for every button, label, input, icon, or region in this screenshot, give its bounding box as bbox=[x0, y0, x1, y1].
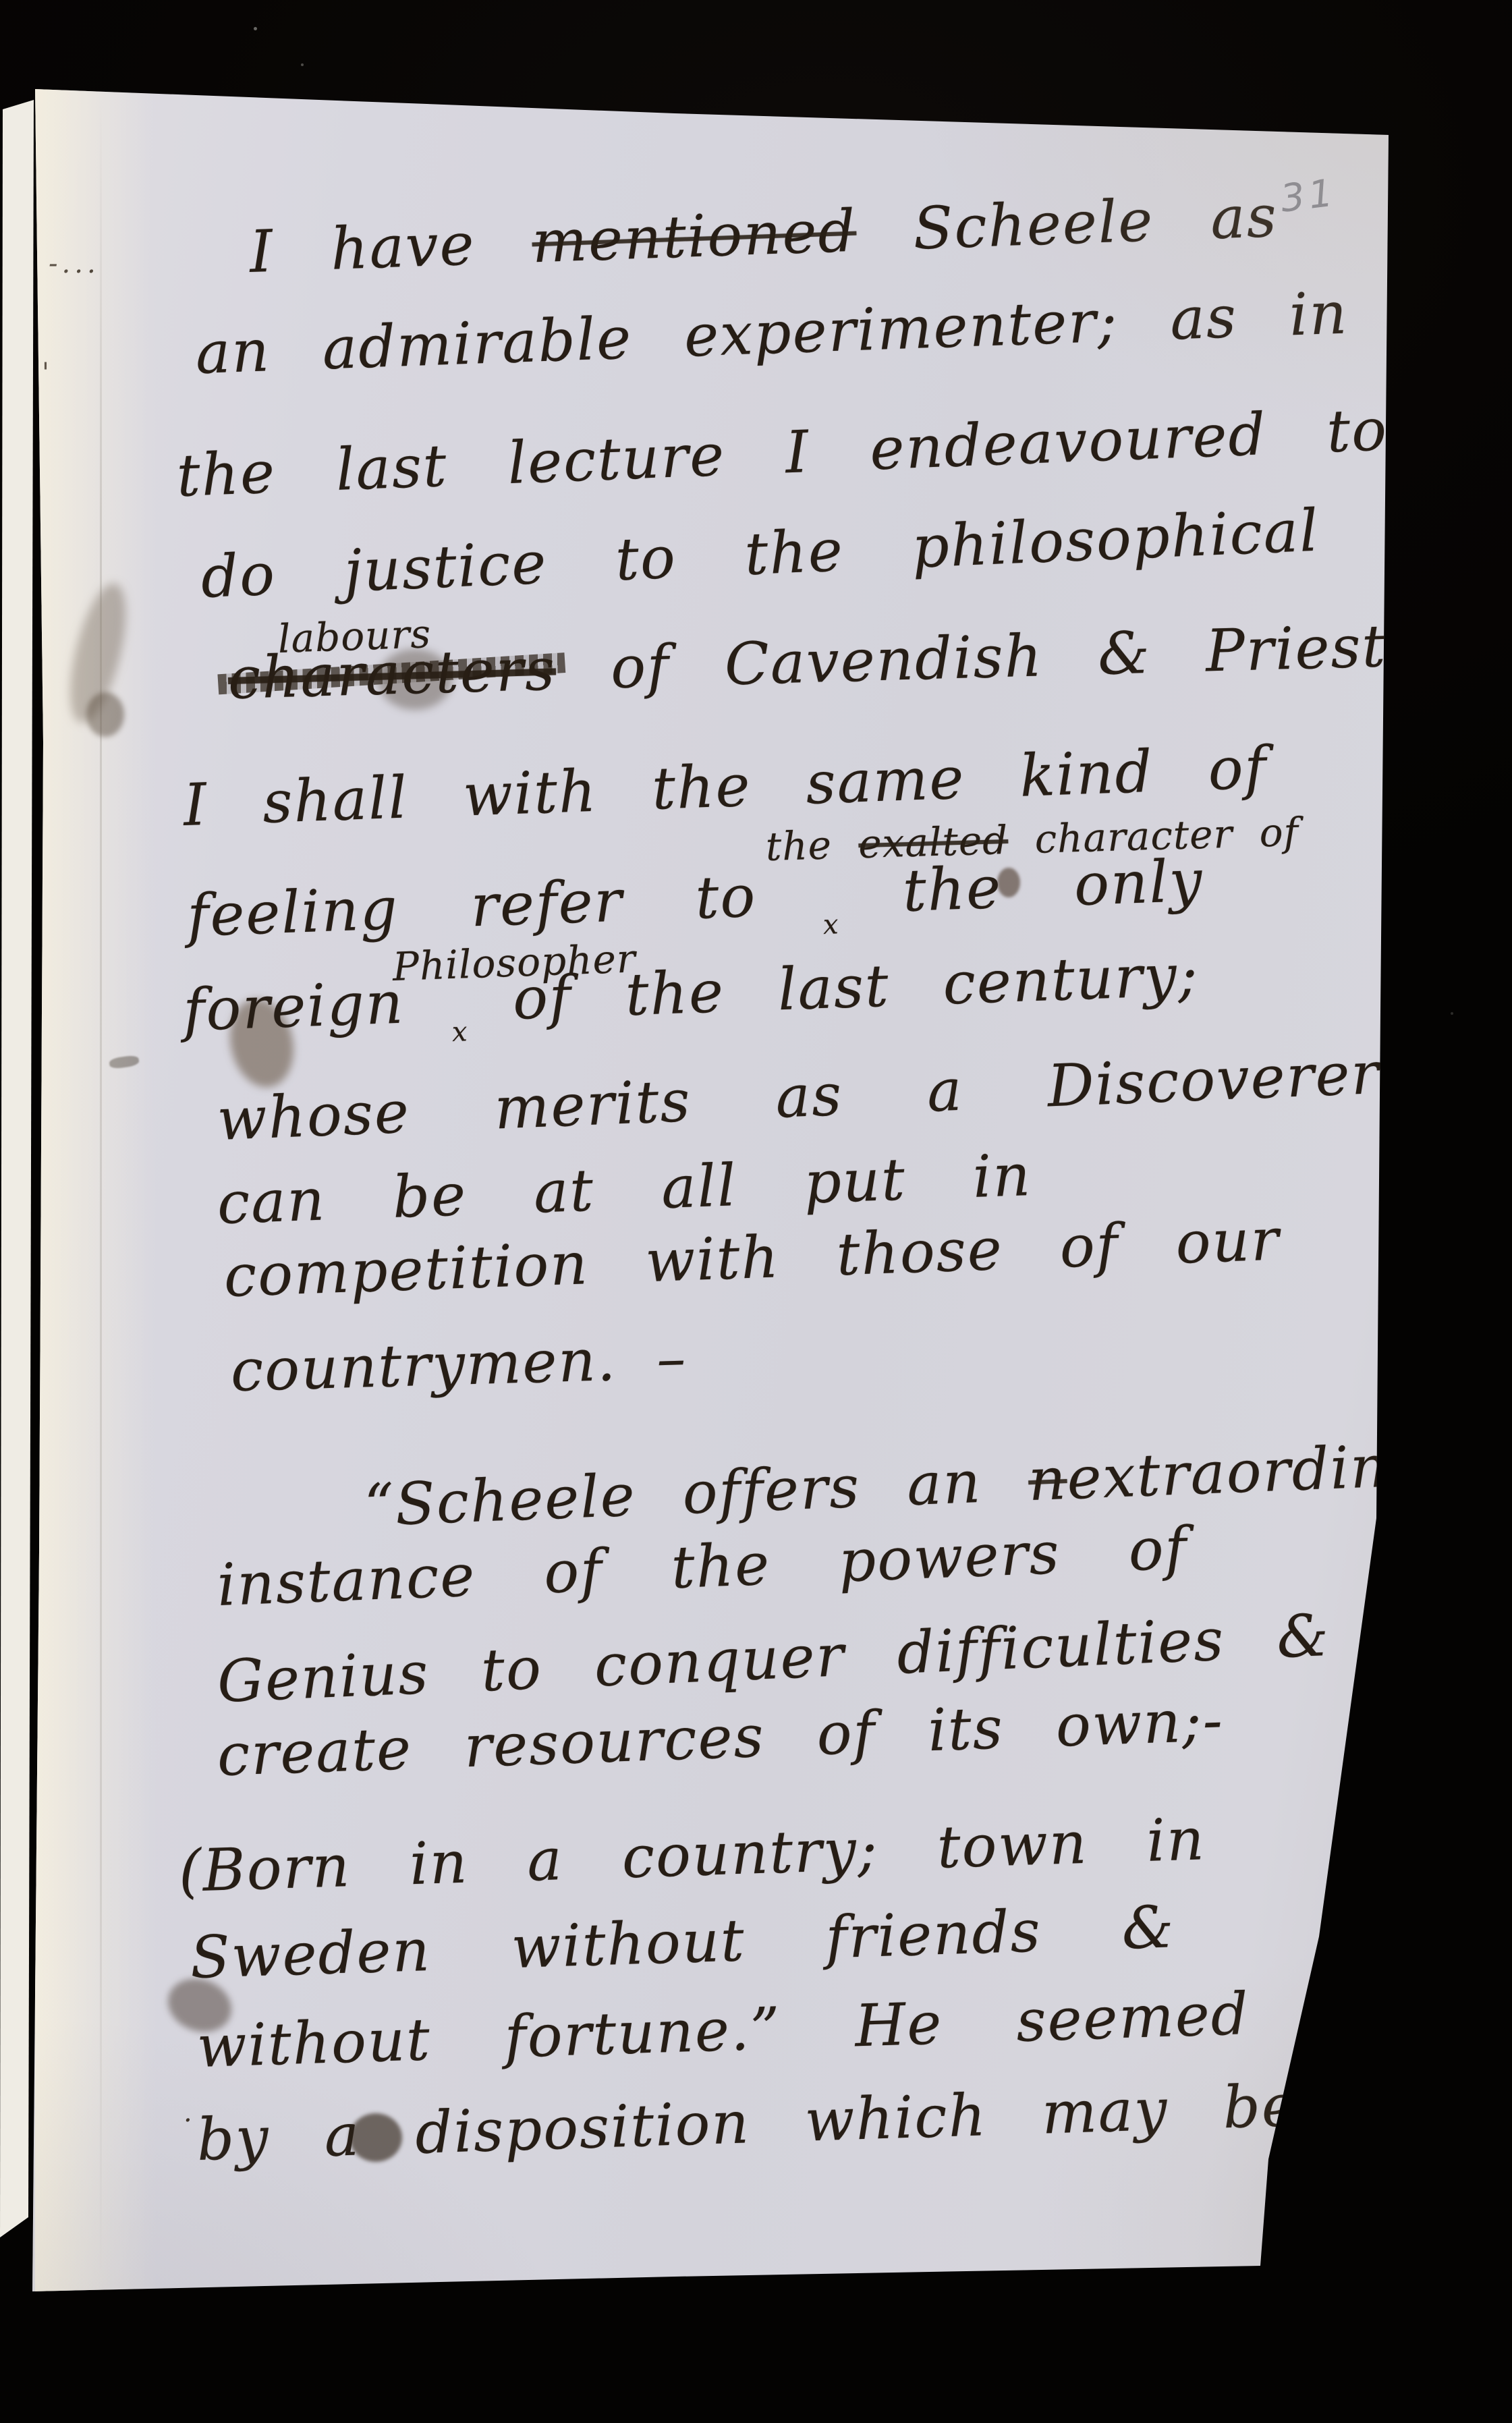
dust-speck bbox=[301, 63, 304, 66]
manuscript-line-09: whose merits as a Discoverer bbox=[216, 1042, 1381, 1152]
manuscript-line-04: do justice to the philosophical bbox=[200, 500, 1320, 609]
manuscript-line-20: by a disposition which may be bbox=[196, 2075, 1299, 2172]
manuscript-line-19: without fortune.” He seemed bbox=[196, 1983, 1251, 2079]
paper-flaw bbox=[109, 1055, 140, 1069]
gutter-crease bbox=[100, 94, 102, 2281]
struck-letter: n bbox=[1027, 1445, 1068, 1514]
ink-smudge bbox=[59, 578, 136, 728]
text-segment: countrymen. – bbox=[230, 1325, 688, 1405]
manuscript-line-18: Sweden without friends & bbox=[190, 1896, 1176, 1990]
manuscript-line-08: foreign x of the last century; bbox=[182, 944, 1200, 1057]
page-gutter-shading bbox=[35, 88, 157, 2291]
margin-mark: ' bbox=[42, 358, 53, 389]
photographed-manuscript: 31 I have mentioned Scheele as an admira… bbox=[0, 0, 1512, 2423]
text-segment: without fortune.” He seemed bbox=[196, 1980, 1250, 2081]
margin-mark: . bbox=[184, 2097, 196, 2128]
text-segment: whose merits as a Discoverer bbox=[216, 1040, 1381, 1154]
text-segment: an admirable experimenter; as in bbox=[194, 279, 1349, 387]
margin-mark: -... bbox=[49, 248, 100, 279]
page-number: 31 bbox=[1278, 171, 1339, 221]
manuscript-line-03: the last lecture I endeavoured to bbox=[175, 399, 1389, 508]
manuscript-line-14: instance of the powers of bbox=[216, 1517, 1189, 1617]
struck-word: mentioned bbox=[531, 198, 858, 277]
manuscript-line-13: “Scheele offers an nextraordinary bbox=[363, 1432, 1489, 1538]
superscript-word: to bbox=[1366, 1588, 1405, 1629]
text-segment: I have bbox=[248, 208, 533, 286]
text-segment: (Born in a country; town in bbox=[177, 1806, 1206, 1905]
text-segment: of Cavendish & Priestley, bbox=[555, 610, 1489, 704]
manuscript-line-17: (Born in a country; town in bbox=[178, 1808, 1206, 1903]
text-segment: do justice to the philosophical bbox=[200, 497, 1320, 611]
text-segment: Scheele as bbox=[856, 183, 1279, 265]
manuscript-line-12: countrymen. – bbox=[230, 1327, 688, 1403]
text-segment: instance of the powers of bbox=[216, 1515, 1189, 1619]
text-segment: the only bbox=[829, 847, 1204, 927]
margin-mark: ' bbox=[34, 1521, 45, 1552]
manuscript-line-07: feeling refer to x the only bbox=[186, 850, 1205, 962]
dust-speck bbox=[1451, 1012, 1453, 1015]
text-segment: Sweden without friends & bbox=[189, 1893, 1175, 1992]
text-segment: extraordinary bbox=[1066, 1429, 1490, 1513]
ink-smudge bbox=[86, 692, 124, 737]
manuscript-line-01: I have mentioned Scheele as bbox=[248, 186, 1279, 284]
scribbled-out-word: characters bbox=[227, 636, 557, 713]
text-segment: feeling refer to bbox=[186, 860, 830, 950]
manuscript-page: 31 I have mentioned Scheele as an admira… bbox=[0, 0, 1512, 2423]
text-segment: foreign bbox=[182, 968, 459, 1045]
dust-speck bbox=[254, 27, 257, 30]
manuscript-line-02: an admirable experimenter; as in bbox=[194, 282, 1349, 385]
text-segment: the last lecture I endeavoured to bbox=[175, 396, 1389, 510]
text-segment: by a disposition which may be bbox=[196, 2072, 1298, 2174]
